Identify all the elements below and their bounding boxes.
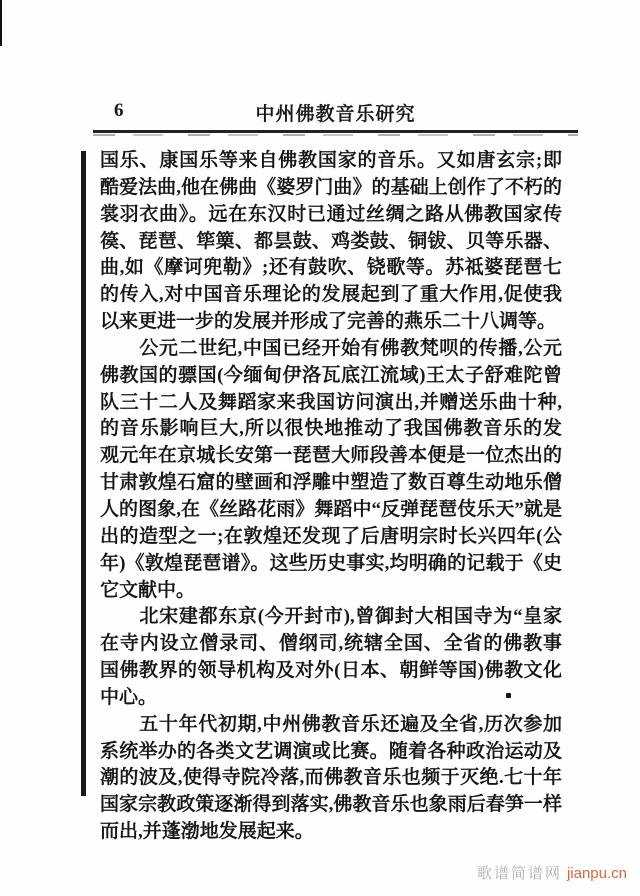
body-text: 国乐、康国乐等来自佛教国家的音乐。又如唐玄宗;即知音律、又酷爱法曲,他在佛曲《婆… <box>100 148 562 846</box>
text-line: 国乐、康国乐等来自佛教国家的音乐。又如唐玄宗;即知音律、又 <box>100 148 562 175</box>
text-line: 观元年在京城长安第一琵琶大师段善本便是一位杰出的高僧, <box>100 443 562 470</box>
text-line: 潮的波及,使得寺院冷落,而佛教音乐也频于灭绝.七十年代末, <box>100 765 562 792</box>
ink-dot-artifact <box>506 693 511 698</box>
text-line: 甘肃敦煌石窟的壁画和浮雕中塑造了数百尊生动地乐僧和伎乐 <box>100 470 562 497</box>
scan-edge-artifact <box>0 0 2 46</box>
page-header-title: 中州佛教音乐研究 <box>93 99 578 126</box>
text-line: 国佛教界的领导机构及对外(日本、朝鲜等国)佛教文化往来的 <box>100 658 562 685</box>
binding-artifact-line <box>81 151 86 796</box>
text-line: 国家宗教政策逐渐得到落实,佛教音乐也象雨后春笋一样破土 <box>100 792 562 819</box>
text-line: 酷爱法曲,他在佛曲《婆罗门曲》的基础上创作了不朽的名著《霓 <box>100 175 562 202</box>
text-line: 在寺内设立僧录司、僧纲司,统辖全国、全省的佛教事务.成为全 <box>100 631 562 658</box>
text-line: 篌、琵琶、筚篥、都昙鼓、鸡娄鼓、铜钹、贝等乐器、及许多著名乐 <box>100 229 562 256</box>
text-line: 出的造型之一;在敦煌还发现了后唐明宗时长兴四年(公元 933 <box>100 524 562 551</box>
header-rule-smudge <box>93 134 578 136</box>
text-line: 年)《敦煌琵琶谱》。这些历史事实,均明确的记载于《史记》及其 <box>100 551 562 578</box>
text-line: 系统举办的各类文艺调演或比赛。随着各种政治运动及极左思 <box>100 739 562 766</box>
text-line: 以来更进一步的发展并形成了完善的燕乐二十八调等。 <box>100 309 562 336</box>
header-rule <box>93 130 578 133</box>
text-line: 人的图象,在《丝路花雨》舞蹈中“反弹琵琶伎乐天”就是其中杰 <box>100 497 562 524</box>
watermark-site-url: jianpu.cn <box>567 865 627 882</box>
text-line: 五十年代初期,中州佛教音乐还遍及全省,历次参加省文化 <box>100 712 562 739</box>
text-line: 佛教国的骠国(今缅甸伊洛瓦底江流域)王太子舒难陀曾亲率乐 <box>100 363 562 390</box>
watermark-site-name: 歌谱简谱网 <box>477 865 562 882</box>
text-line: 而出,并蓬渤地发展起来。 <box>100 819 562 846</box>
text-line: 曲,如《摩诃兜勒》;还有鼓吹、铙歌等。苏祗婆琵琶七调音乐理论 <box>100 255 562 282</box>
text-line: 中心。 <box>100 685 562 712</box>
text-line: 它文献中。 <box>100 578 562 605</box>
scanned-page: 6 中州佛教音乐研究 国乐、康国乐等来自佛教国家的音乐。又如唐玄宗;即知音律、又… <box>0 0 640 896</box>
watermark: 歌谱简谱网jianpu.cn <box>477 862 627 883</box>
text-line: 的音乐影响巨大,所以很快地推动了我国佛教音乐的发展.唐贞 <box>100 416 562 443</box>
text-line: 北宋建都东京(今开封市),曾御封大相国寺为“皇家寺院”, <box>100 604 562 631</box>
text-line: 队三十二人及舞蹈家来我国访问演出,并赠送乐曲十种,对中国 <box>100 390 562 417</box>
text-line: 裳羽衣曲》。远在东汉时已通过丝绸之路从佛教国家传来了箜 <box>100 202 562 229</box>
text-line: 的传入,对中国音乐理论的发展起到了重大作用,促使我国唐宋 <box>100 282 562 309</box>
text-line: 公元二世纪,中国已经开始有佛教梵呗的传播,公元 802 年 <box>100 336 562 363</box>
